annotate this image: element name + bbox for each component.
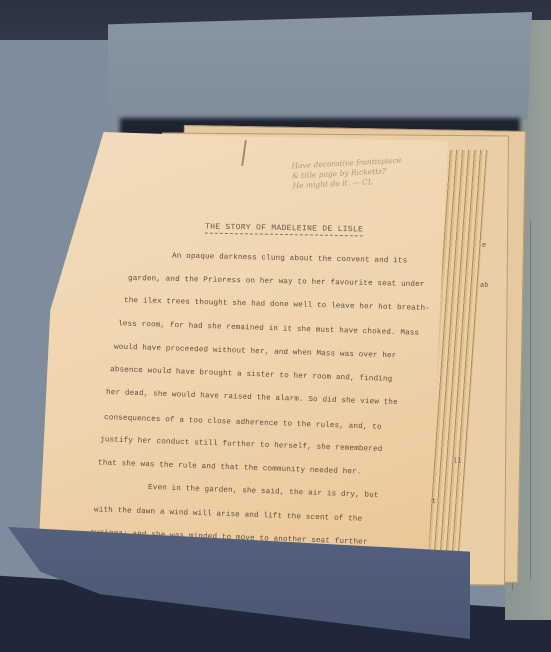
- photo-scene: ab e ll t Have decorative frontispiece &…: [0, 0, 551, 652]
- stack-side-mark: t: [432, 498, 436, 506]
- folder-top-flap: [108, 12, 532, 124]
- folder-crease: [530, 220, 531, 580]
- stack-side-mark: e: [482, 242, 486, 250]
- stack-side-mark: ab: [480, 282, 488, 290]
- stack-side-mark: ll: [453, 458, 461, 466]
